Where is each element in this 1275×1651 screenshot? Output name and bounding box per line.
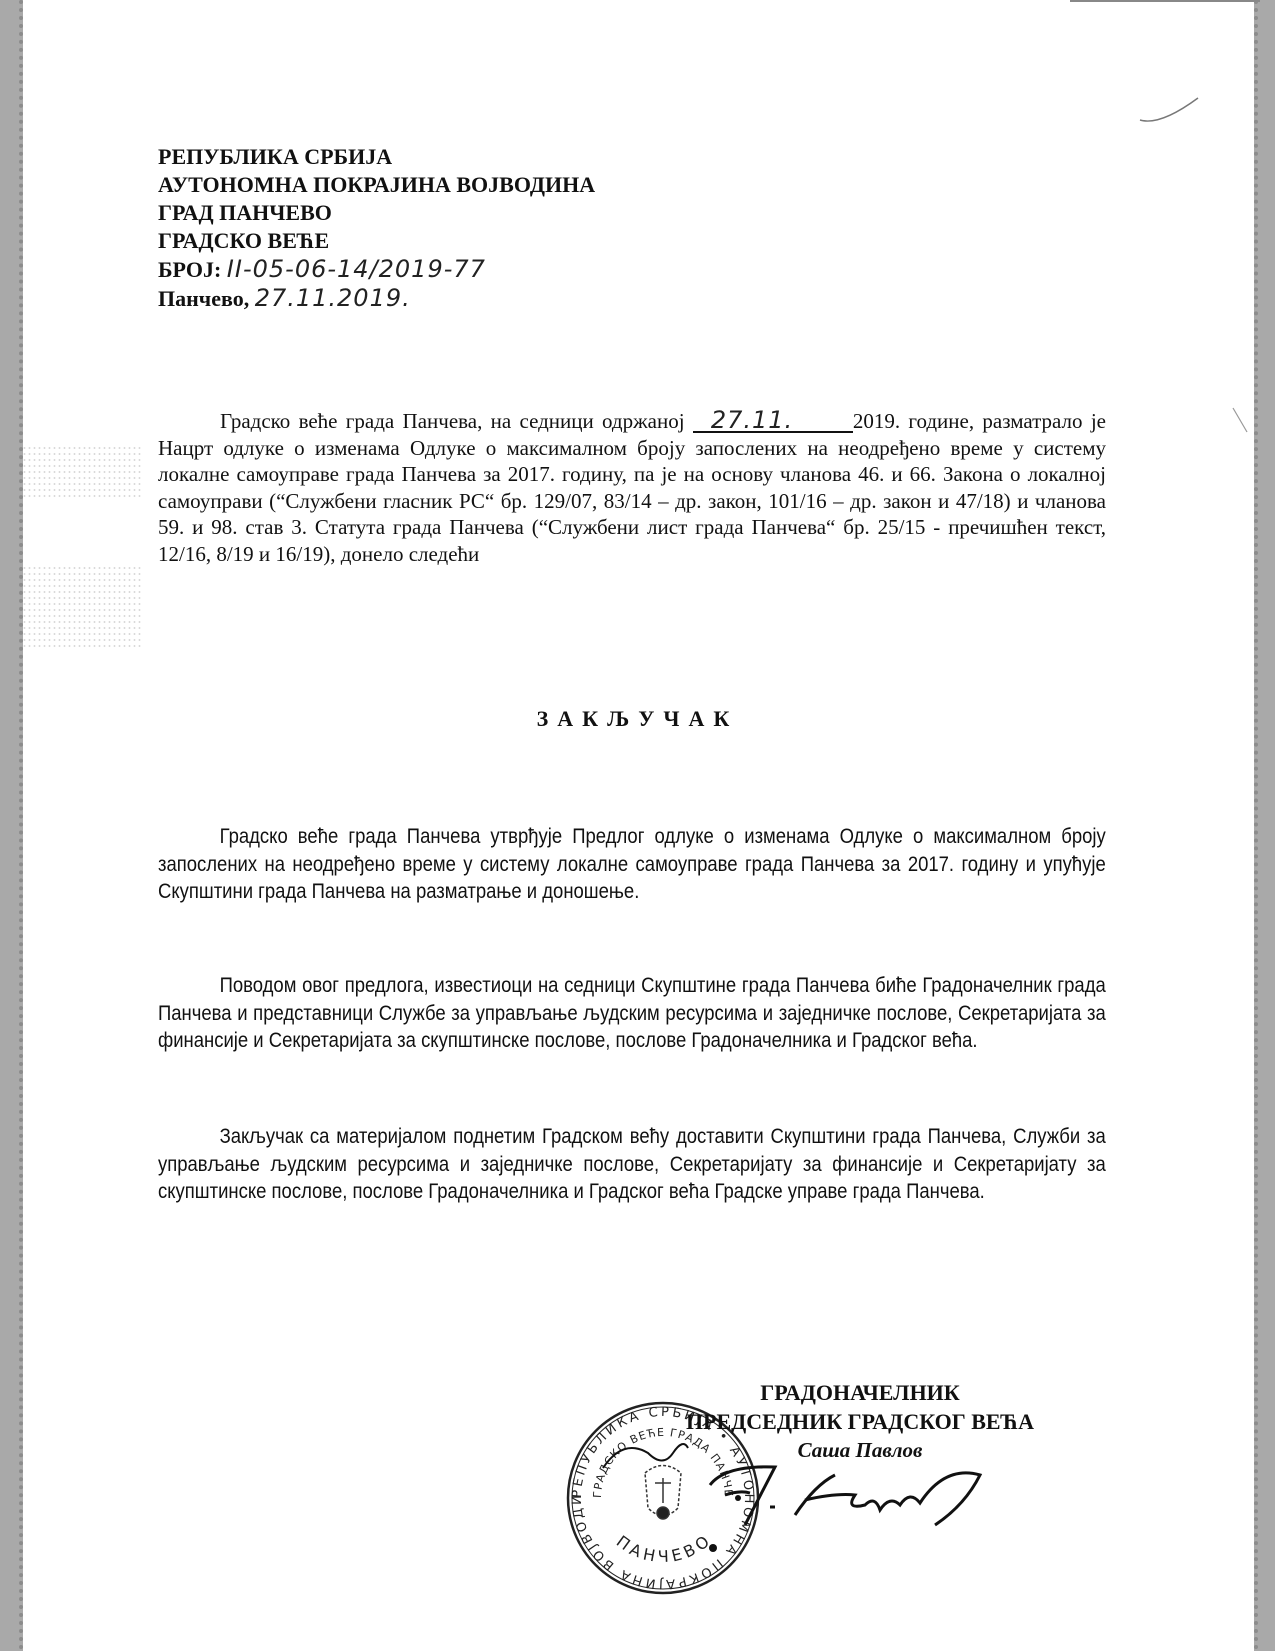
intro-paragraph: Градско веће града Панчева, на седници о… [158, 408, 1106, 567]
document-title: ЗАКЉУЧАК [0, 706, 1275, 732]
coat-of-arms-icon [645, 1466, 681, 1520]
scan-border-right [1254, 0, 1275, 1651]
pen-mark [1130, 90, 1210, 130]
place-label: Панчево, [158, 286, 249, 311]
document-number: БРОЈ: II-05-06-14/2019-77 [158, 255, 595, 284]
handwritten-signature [705, 1455, 1005, 1535]
pen-mark [1230, 405, 1250, 435]
svg-text:ПАНЧЕВО: ПАНЧЕВО [613, 1529, 716, 1566]
document-place-date: Панчево, 27.11.2019. [158, 284, 595, 313]
scan-noise [22, 445, 142, 500]
header-province: АУТОНОМНА ПОКРАЈИНА ВОЈВОДИНА [158, 171, 595, 199]
signature-block: ГРАДОНАЧЕЛНИК ПРЕДСЕДНИК ГРАДСКОГ ВЕЋА С… [670, 1378, 1050, 1465]
body-paragraph-3: Закључак са материјалом поднетим Градско… [158, 1123, 1106, 1206]
body-paragraph-2: Поводом овог предлога, известиоци на сед… [158, 972, 1106, 1055]
header-city: ГРАД ПАНЧЕВО [158, 199, 595, 227]
scan-border-top [1070, 0, 1260, 2]
session-date-handwritten: 27.11. [693, 409, 853, 433]
document-header: РЕПУБЛИКА СРБИЈА АУТОНОМНА ПОКРАЈИНА ВОЈ… [158, 143, 595, 313]
intro-text-part1: Градско веће града Панчева, на седници о… [220, 409, 685, 433]
paragraph-text: Закључак са материјалом поднетим Градско… [158, 1125, 1106, 1203]
paragraph-text: Поводом овог предлога, известиоци на сед… [158, 974, 1106, 1052]
header-council: ГРАДСКО ВЕЋЕ [158, 227, 595, 255]
scan-border-left [0, 0, 23, 1651]
number-label: БРОЈ: [158, 257, 221, 282]
number-value-handwritten: II-05-06-14/2019-77 [227, 255, 486, 283]
signatory-title-mayor: ГРАДОНАЧЕЛНИК [670, 1378, 1050, 1407]
signatory-title-council-president: ПРЕДСЕДНИК ГРАДСКОГ ВЕЋА [670, 1407, 1050, 1436]
paragraph-text: Градско веће града Панчева утврђује Пред… [158, 825, 1106, 903]
header-country: РЕПУБЛИКА СРБИЈА [158, 143, 595, 171]
date-handwritten: 27.11.2019. [255, 284, 411, 312]
scan-noise [22, 565, 142, 650]
body-paragraph-1: Градско веће града Панчева утврђује Пред… [158, 823, 1106, 906]
